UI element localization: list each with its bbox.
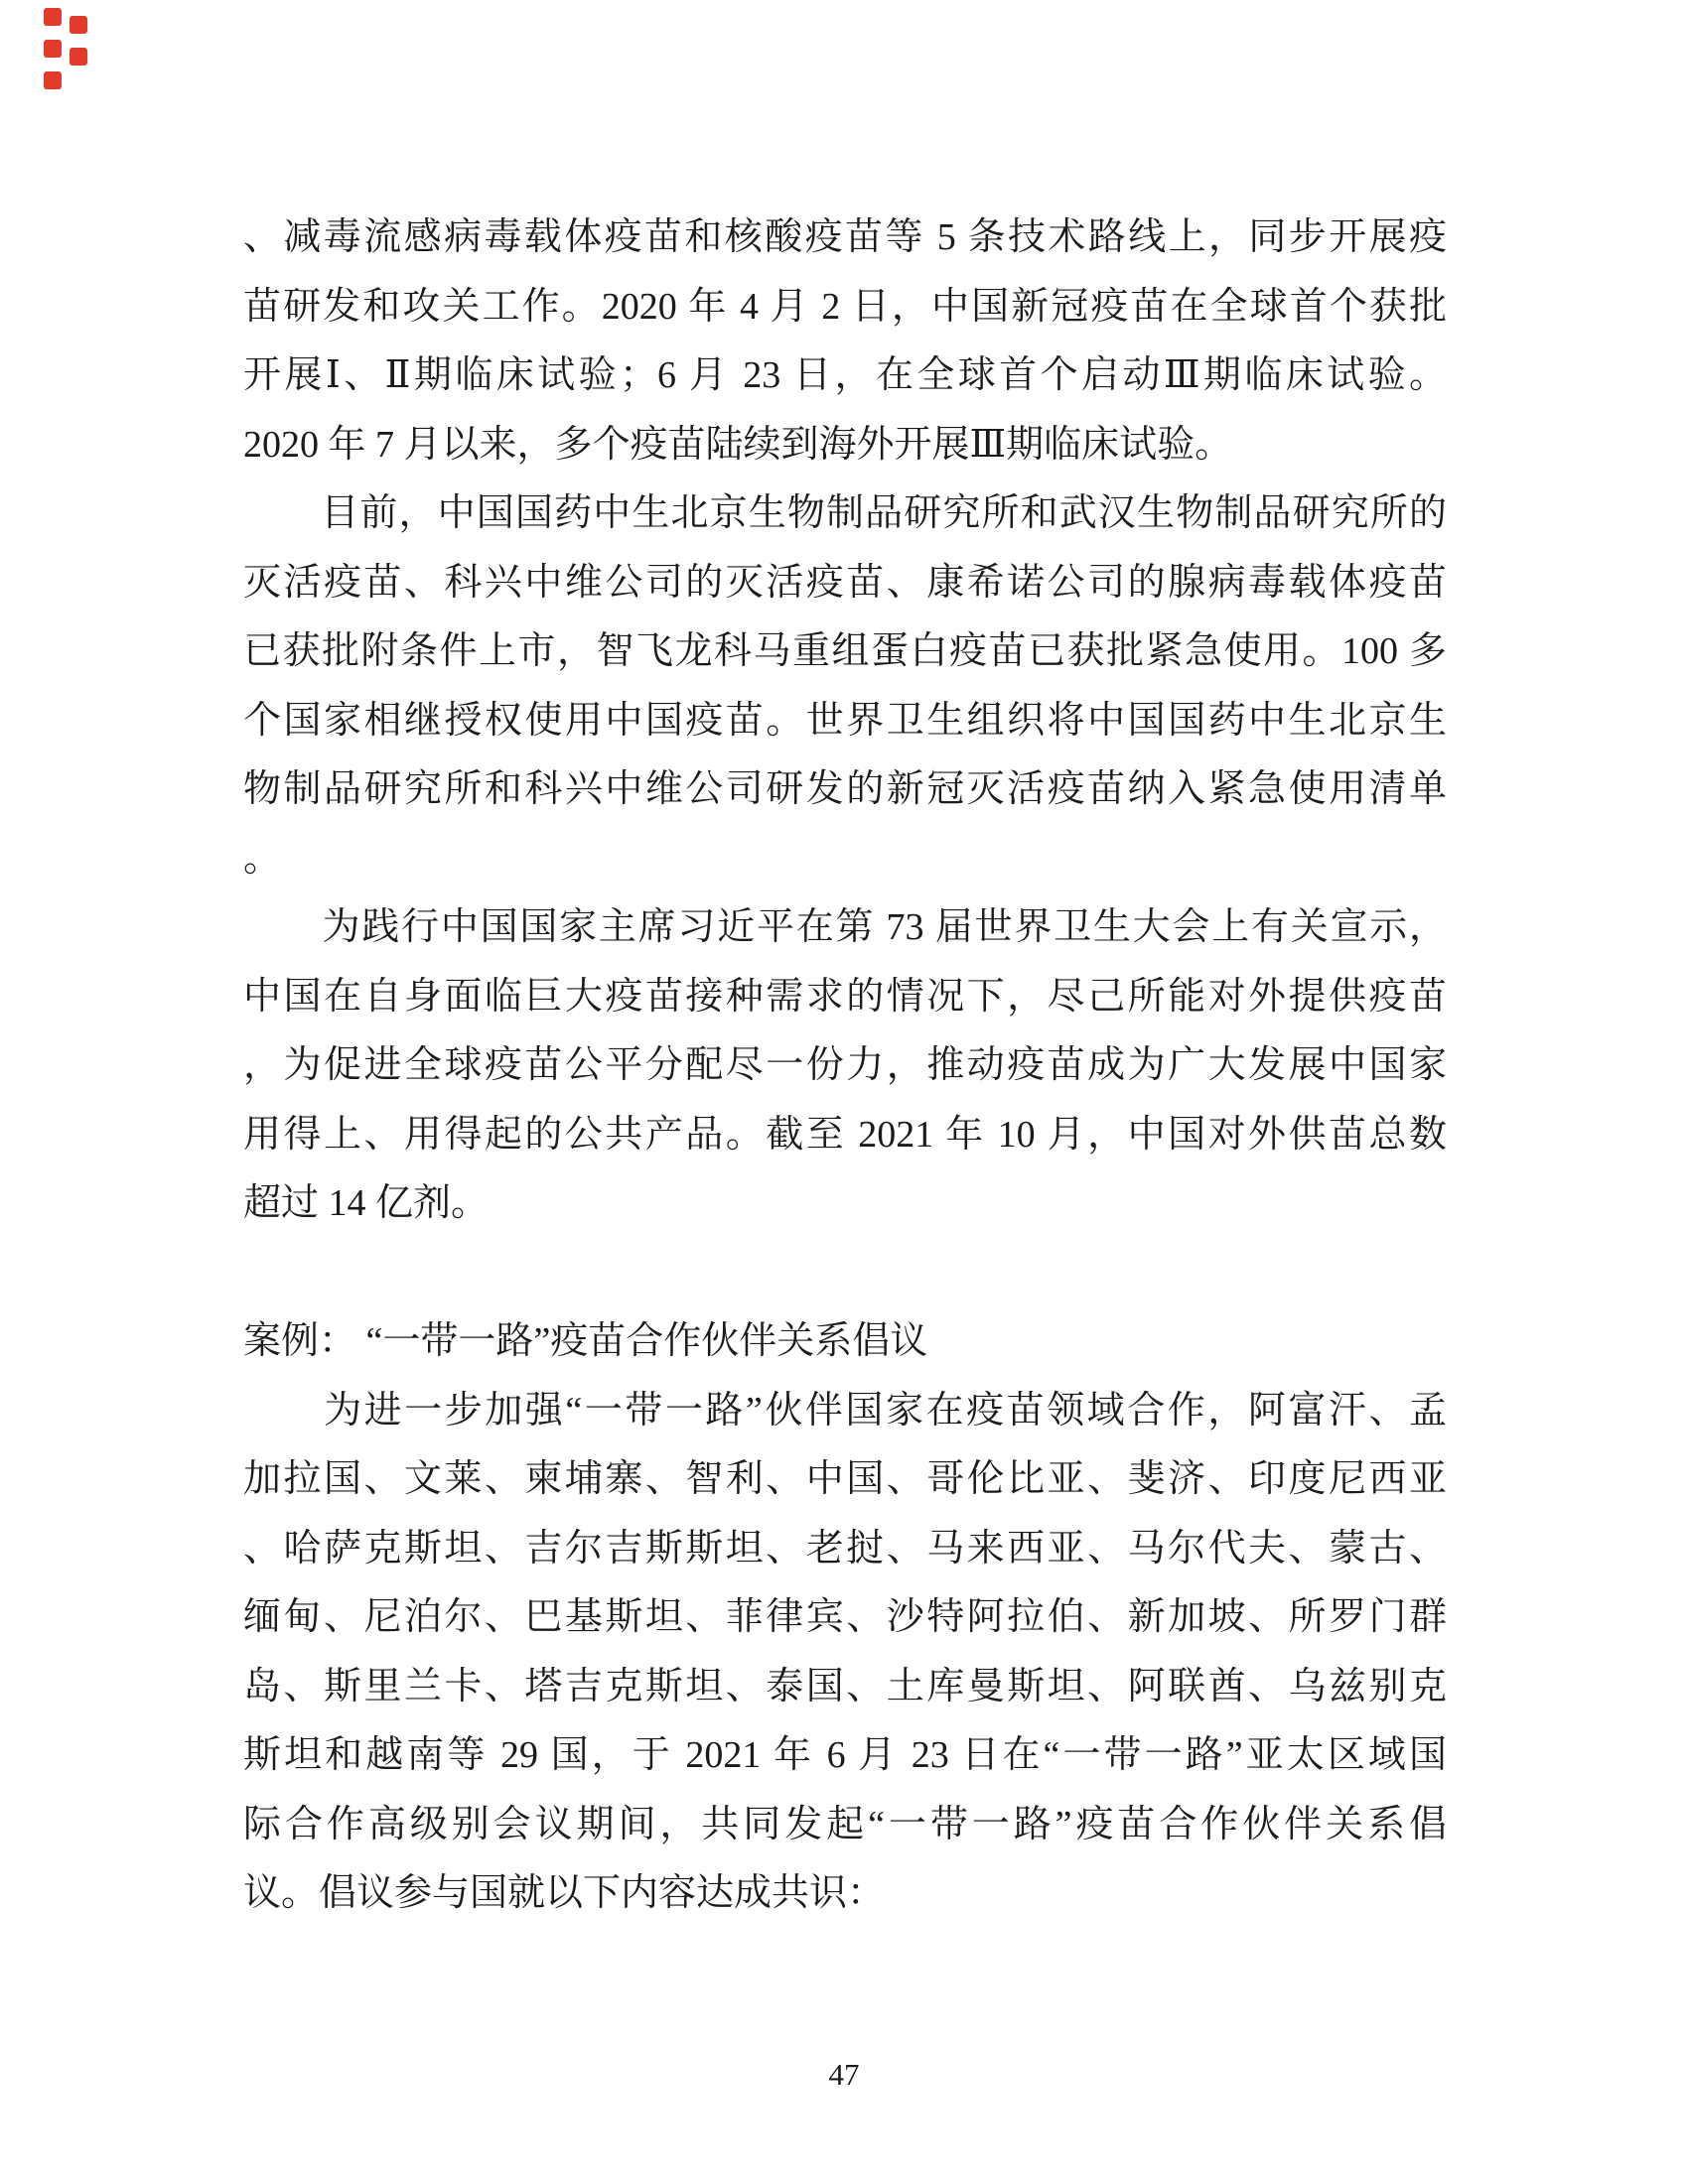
text-line: 加拉国、文莱、柬埔寨、智利、中国、哥伦比亚、斐济、印度尼西亚 — [243, 1445, 1447, 1515]
page-number: 47 — [829, 2057, 860, 2092]
text-line: 岛、斯里兰卡、塔吉克斯坦、泰国、土库曼斯坦、阿联酋、乌兹别克 — [243, 1653, 1447, 1722]
text-line: 。 — [243, 825, 1447, 894]
text-line: 灭活疫苗、科兴中维公司的灭活疫苗、康希诺公司的腺病毒载体疫苗 — [243, 549, 1447, 618]
body-text-block: 、减毒流感病毒载体疫苗和核酸疫苗等 5 条技术路线上，同步开展疫苗研发和攻关工作… — [243, 204, 1447, 1929]
blank-line — [243, 1239, 1447, 1308]
text-line: 超过 14 亿剂。 — [243, 1169, 1447, 1239]
text-line: ，为促进全球疫苗公平分配尽一份力，推动疫苗成为广大发展中国家 — [243, 1031, 1447, 1101]
case-heading-line: 案例： “一带一路”疫苗合作伙伴关系倡议 — [243, 1307, 1447, 1377]
red-corner-mark — [44, 40, 62, 58]
text-line: 2020 年 7 月以来，多个疫苗陆续到海外开展Ⅲ期临床试验。 — [243, 411, 1447, 480]
red-corner-marks — [0, 0, 129, 109]
red-corner-mark — [70, 16, 87, 34]
text-line: 用得上、用得起的公共产品。截至 2021 年 10 月，中国对外供苗总数 — [243, 1101, 1447, 1170]
text-line: 缅甸、尼泊尔、巴基斯坦、菲律宾、沙特阿拉伯、新加坡、所罗门群 — [243, 1583, 1447, 1653]
text-line: 、哈萨克斯坦、吉尔吉斯斯坦、老挝、马来西亚、马尔代夫、蒙古、 — [243, 1515, 1447, 1584]
text-line: 物制品研究所和科兴中维公司研发的新冠灭活疫苗纳入紧急使用清单 — [243, 755, 1447, 825]
red-corner-mark — [44, 8, 62, 26]
document-page: 、减毒流感病毒载体疫苗和核酸疫苗等 5 条技术路线上，同步开展疫苗研发和攻关工作… — [0, 0, 1688, 2184]
text-line: 斯坦和越南等 29 国，于 2021 年 6 月 23 日在“一带一路”亚太区域… — [243, 1721, 1447, 1791]
text-line: 苗研发和攻关工作。2020 年 4 月 2 日，中国新冠疫苗在全球首个获批 — [243, 273, 1447, 342]
text-line: 为进一步加强“一带一路”伙伴国家在疫苗领域合作，阿富汗、孟 — [243, 1377, 1447, 1446]
text-line: 为践行中国国家主席习近平在第 73 届世界卫生大会上有关宣示， — [243, 893, 1447, 963]
red-corner-mark — [70, 48, 87, 66]
text-line: 中国在自身面临巨大疫苗接种需求的情况下，尽己所能对外提供疫苗 — [243, 963, 1447, 1032]
text-line: 开展Ⅰ、Ⅱ期临床试验；6 月 23 日，在全球首个启动Ⅲ期临床试验。 — [243, 341, 1447, 411]
text-line: 际合作高级别会议期间，共同发起“一带一路”疫苗合作伙伴关系倡 — [243, 1791, 1447, 1860]
red-corner-mark — [44, 71, 62, 89]
text-line: 目前，中国国药中生北京生物制品研究所和武汉生物制品研究所的 — [243, 479, 1447, 549]
text-line: 议。倡议参与国就以下内容达成共识： — [243, 1859, 1447, 1929]
text-line: 、减毒流感病毒载体疫苗和核酸疫苗等 5 条技术路线上，同步开展疫 — [243, 204, 1447, 273]
text-line: 已获批附条件上市，智飞龙科马重组蛋白疫苗已获批紧急使用。100 多 — [243, 617, 1447, 687]
text-line: 个国家相继授权使用中国疫苗。世界卫生组织将中国国药中生北京生 — [243, 687, 1447, 756]
page-footer: 47 — [0, 2056, 1688, 2094]
